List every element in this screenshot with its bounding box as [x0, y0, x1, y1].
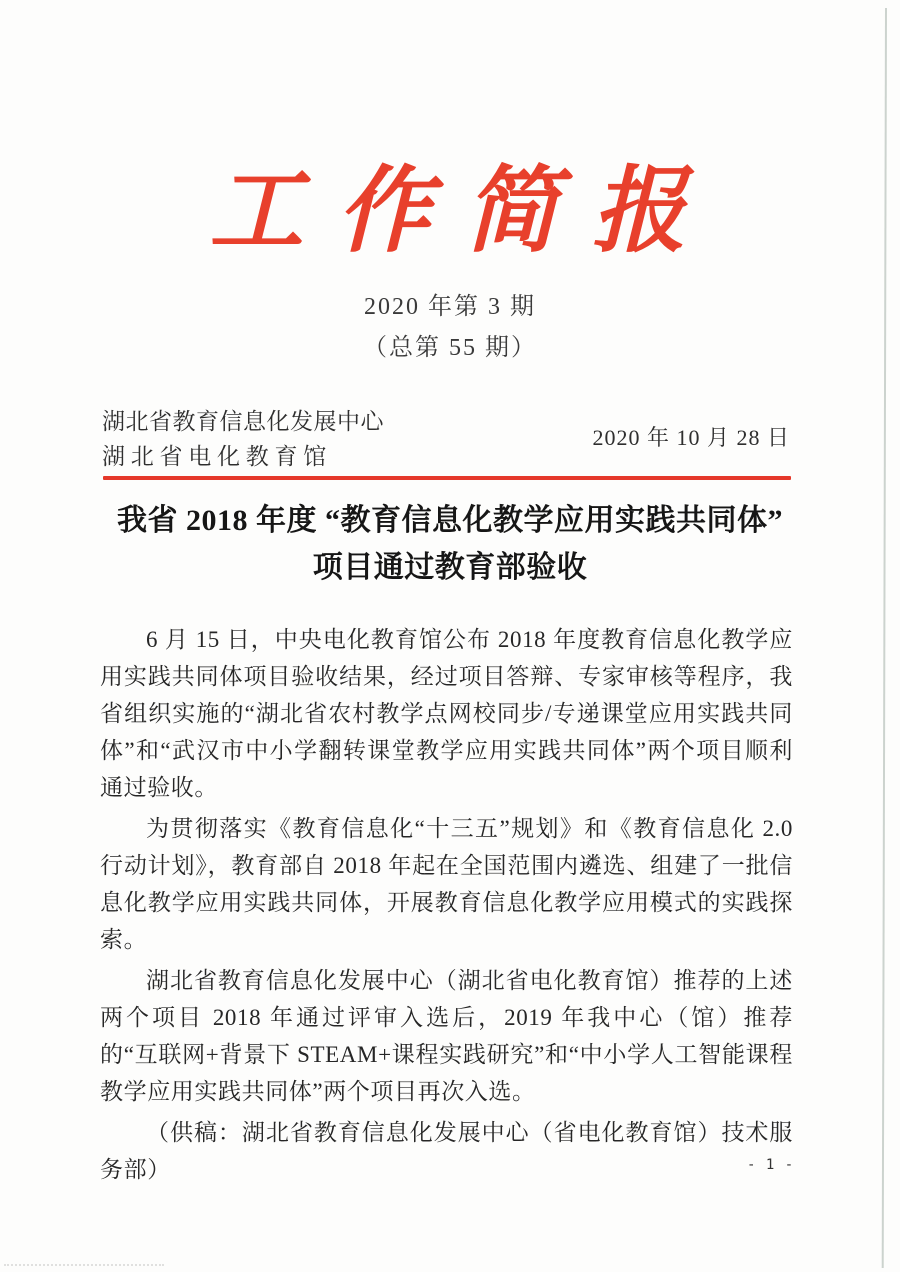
body-paragraph: 湖北省教育信息化发展中心（湖北省电化教育馆）推荐的上述两个项目 2018 年通过…: [100, 962, 793, 1110]
article-body: 6 月 15 日，中央电化教育馆公布 2018 年度教育信息化教学应用实践共同体…: [100, 621, 793, 1192]
article-title-line2: 项目通过教育部验收: [50, 544, 850, 591]
org-name-line1: 湖北省教育信息化发展中心: [102, 404, 402, 439]
org-name-line2: 湖 北 省 电 化 教 育 馆: [102, 439, 402, 474]
issue-number: 2020 年第 3 期: [0, 286, 900, 321]
masthead-title: 工 作 简 报: [0, 142, 900, 282]
article-title: 我省 2018 年度 “教育信息化教学应用实践共同体” 项目通过教育部验收: [50, 497, 850, 591]
document-page: 工 作 简 报 2020 年第 3 期 （总第 55 期） 湖北省教育信息化发展…: [0, 0, 900, 1272]
header-rule: [103, 476, 791, 480]
scan-bottom-edge-artifact: [4, 1264, 164, 1268]
issue-date: 2020 年 10 月 28 日: [592, 421, 790, 452]
body-paragraph: 6 月 15 日，中央电化教育馆公布 2018 年度教育信息化教学应用实践共同体…: [100, 621, 793, 806]
page-number: - 1 -: [747, 1157, 794, 1173]
body-paragraph: 为贯彻落实《教育信息化“十三五”规划》和《教育信息化 2.0 行动计划》，教育部…: [100, 810, 793, 958]
issue-total: （总第 55 期）: [0, 327, 900, 362]
article-title-line1: 我省 2018 年度 “教育信息化教学应用实践共同体”: [50, 497, 850, 544]
attribution-line: （供稿：湖北省教育信息化发展中心（省电化教育馆）技术服务部）: [100, 1114, 793, 1188]
org-block: 湖北省教育信息化发展中心 湖 北 省 电 化 教 育 馆: [102, 404, 402, 474]
